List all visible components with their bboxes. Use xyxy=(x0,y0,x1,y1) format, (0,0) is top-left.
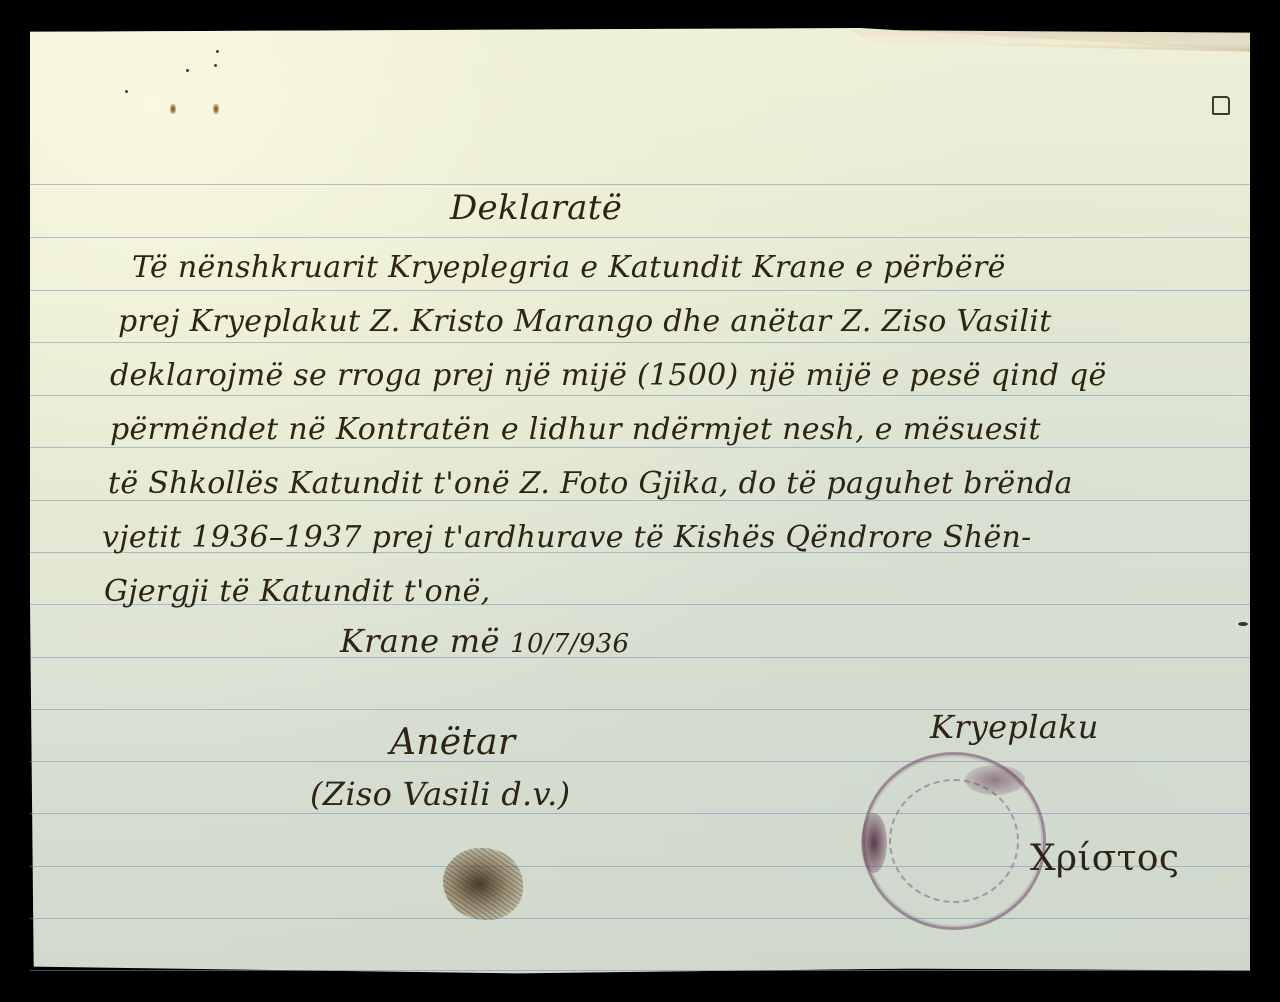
witness-label: Anëtar xyxy=(390,722,515,763)
date-value: 10/7/936 xyxy=(510,629,629,659)
body-line-3: deklarojmë se rroga prej një mijë (1500)… xyxy=(110,358,1107,393)
ruled-line xyxy=(30,657,1250,658)
ruled-line xyxy=(30,970,1250,971)
witness-name: (Ziso Vasili d.v.) xyxy=(310,775,570,813)
ruled-line xyxy=(30,918,1250,919)
official-stamp xyxy=(862,752,1046,930)
tear-mark xyxy=(1238,622,1248,626)
elder-signature: Χρίστος xyxy=(1030,838,1179,879)
speck xyxy=(214,64,217,67)
body-line-2: prej Kryeplakut Z. Kristo Marango dhe an… xyxy=(118,304,1052,339)
speck xyxy=(125,90,128,93)
ruled-line xyxy=(30,237,1250,238)
body-line-7: Gjergji të Katundit t'onë, xyxy=(104,574,491,609)
ruled-line xyxy=(30,184,1250,185)
stamp-ink-blot xyxy=(965,765,1025,795)
body-line-1: Të nënshkruarit Kryeplegria e Katundit K… xyxy=(132,250,1006,285)
ruled-line xyxy=(30,761,1250,762)
elder-label: Kryeplaku xyxy=(930,708,1099,746)
ruled-line xyxy=(30,395,1250,396)
corner-box-mark xyxy=(1212,96,1230,115)
body-line-5: të Shkollës Katundit t'onë Z. Foto Gjika… xyxy=(108,466,1073,501)
ruled-line xyxy=(30,447,1250,448)
ruled-line xyxy=(30,813,1250,814)
speck xyxy=(186,69,189,72)
burn-mark xyxy=(213,104,219,114)
body-line-6: vjetit 1936–1937 prej t'ardhurave të Kis… xyxy=(102,520,1032,555)
speck xyxy=(216,50,219,53)
ruled-line xyxy=(30,342,1250,343)
body-line-4: përmëndet në Kontratën e lidhur ndërmjet… xyxy=(110,412,1041,447)
burn-mark xyxy=(170,104,176,114)
place-date: Krane më 10/7/936 xyxy=(340,622,629,660)
document-title: Deklaratë xyxy=(450,188,622,228)
place-label: Krane më xyxy=(340,622,500,660)
stamp-inner-ring xyxy=(889,779,1019,903)
stamp-ink-blot xyxy=(861,813,887,873)
ruled-line xyxy=(30,290,1250,291)
